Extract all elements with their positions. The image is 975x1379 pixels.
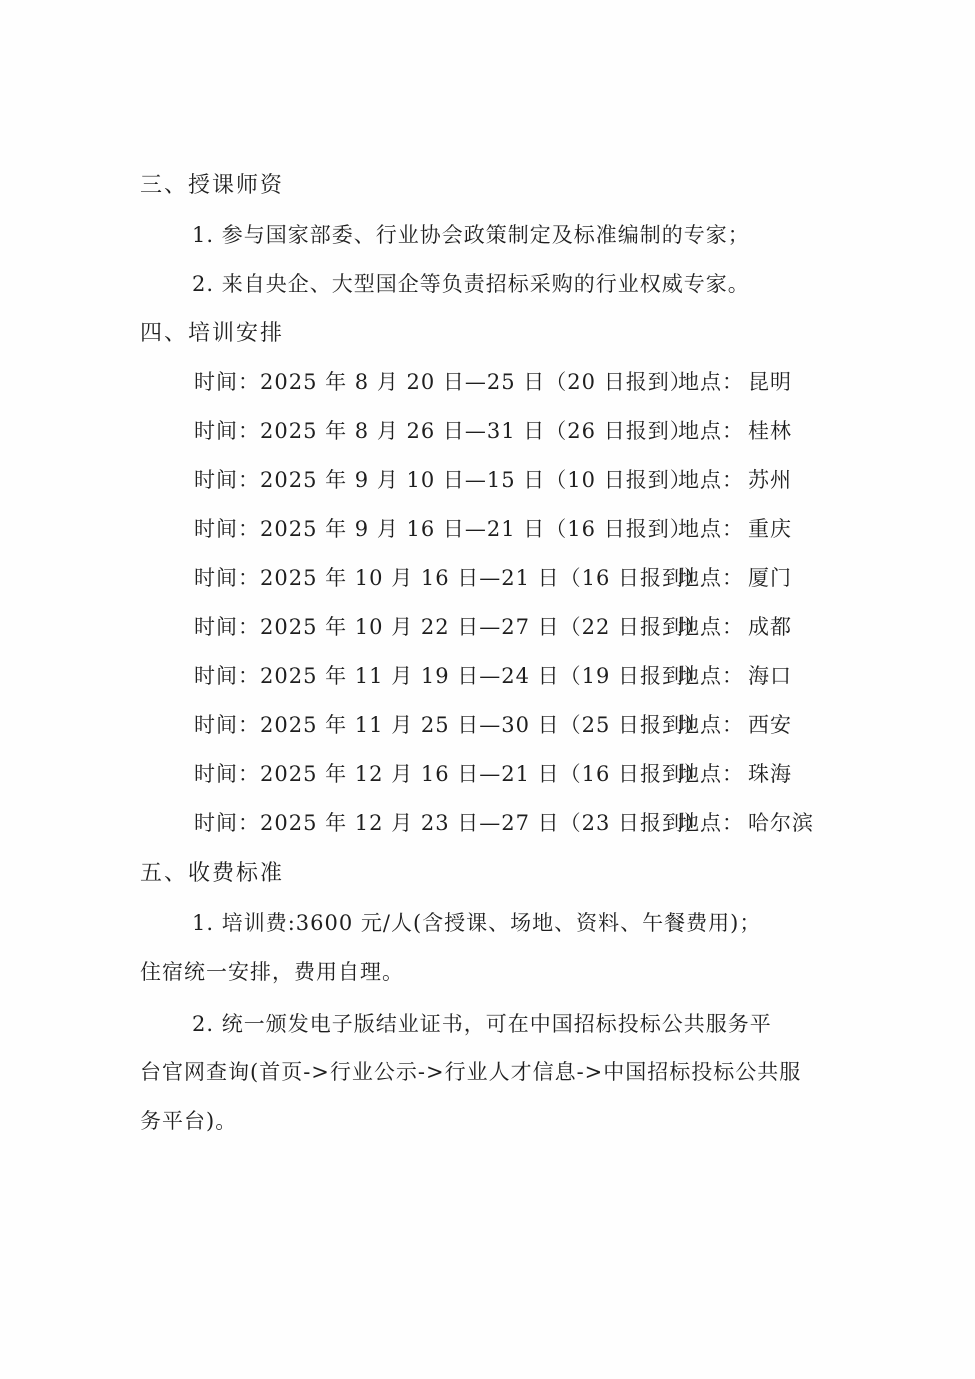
- place-label: 地点：: [678, 662, 748, 690]
- place-label: 地点：: [678, 809, 748, 837]
- schedule-place: 海口: [748, 662, 792, 690]
- schedule-date: 2025 年 10 月 16 日—21 日（16 日报到）: [260, 564, 678, 592]
- schedule-date: 2025 年 9 月 16 日—21 日（16 日报到）: [260, 515, 678, 543]
- schedule-row: 时间： 2025 年 9 月 10 日—15 日（10 日报到） 地点： 苏州: [194, 466, 792, 494]
- place-label: 地点：: [678, 368, 748, 396]
- teachers-item-2: 2. 来自央企、大型国企等负责招标采购的行业权威专家。: [192, 270, 750, 298]
- schedule-row: 时间： 2025 年 12 月 23 日—27 日（23 日报到） 地点： 哈尔…: [194, 809, 814, 837]
- schedule-place: 昆明: [748, 368, 792, 396]
- place-label: 地点：: [678, 711, 748, 739]
- section-heading-teachers: 三、授课师资: [140, 172, 284, 200]
- section-heading-schedule: 四、培训安排: [140, 320, 284, 348]
- time-label: 时间：: [194, 613, 260, 641]
- schedule-place: 成都: [748, 613, 792, 641]
- section-heading-fees: 五、收费标准: [140, 860, 284, 888]
- schedule-date: 2025 年 11 月 19 日—24 日（19 日报到）: [260, 662, 678, 690]
- schedule-place: 苏州: [748, 466, 792, 494]
- time-label: 时间：: [194, 662, 260, 690]
- schedule-date: 2025 年 11 月 25 日—30 日（25 日报到）: [260, 711, 678, 739]
- fees-item-1-line-2: 住宿统一安排，费用自理。: [140, 958, 404, 986]
- time-label: 时间：: [194, 417, 260, 445]
- schedule-place: 桂林: [748, 417, 792, 445]
- time-label: 时间：: [194, 809, 260, 837]
- place-label: 地点：: [678, 613, 748, 641]
- fees-item-1-line-1: 1. 培训费:3600 元/人(含授课、场地、资料、午餐费用)；: [192, 909, 761, 937]
- schedule-date: 2025 年 10 月 22 日—27 日（22 日报到）: [260, 613, 678, 641]
- fees-item-2-line-3: 务平台)。: [140, 1107, 237, 1135]
- schedule-date: 2025 年 12 月 23 日—27 日（23 日报到）: [260, 809, 678, 837]
- schedule-row: 时间： 2025 年 12 月 16 日—21 日（16 日报到） 地点： 珠海: [194, 760, 792, 788]
- schedule-row: 时间： 2025 年 9 月 16 日—21 日（16 日报到） 地点： 重庆: [194, 515, 792, 543]
- fees-item-2-line-1: 2. 统一颁发电子版结业证书，可在中国招标投标公共服务平: [192, 1010, 772, 1038]
- time-label: 时间：: [194, 760, 260, 788]
- fees-item-2-line-2: 台官网查询(首页->行业公示->行业人才信息->中国招标投标公共服: [140, 1058, 801, 1086]
- schedule-row: 时间： 2025 年 10 月 22 日—27 日（22 日报到） 地点： 成都: [194, 613, 792, 641]
- place-label: 地点：: [678, 564, 748, 592]
- schedule-row: 时间： 2025 年 11 月 25 日—30 日（25 日报到） 地点： 西安: [194, 711, 792, 739]
- schedule-row: 时间： 2025 年 8 月 26 日—31 日（26 日报到） 地点： 桂林: [194, 417, 792, 445]
- schedule-date: 2025 年 8 月 20 日—25 日（20 日报到）: [260, 368, 678, 396]
- schedule-row: 时间： 2025 年 8 月 20 日—25 日（20 日报到） 地点： 昆明: [194, 368, 792, 396]
- place-label: 地点：: [678, 760, 748, 788]
- schedule-place: 厦门: [748, 564, 792, 592]
- schedule-place: 重庆: [748, 515, 792, 543]
- time-label: 时间：: [194, 368, 260, 396]
- schedule-row: 时间： 2025 年 10 月 16 日—21 日（16 日报到） 地点： 厦门: [194, 564, 792, 592]
- teachers-item-1: 1. 参与国家部委、行业协会政策制定及标准编制的专家；: [192, 221, 750, 249]
- place-label: 地点：: [678, 466, 748, 494]
- time-label: 时间：: [194, 466, 260, 494]
- schedule-row: 时间： 2025 年 11 月 19 日—24 日（19 日报到） 地点： 海口: [194, 662, 792, 690]
- time-label: 时间：: [194, 515, 260, 543]
- place-label: 地点：: [678, 417, 748, 445]
- schedule-place: 哈尔滨: [748, 809, 814, 837]
- schedule-place: 珠海: [748, 760, 792, 788]
- place-label: 地点：: [678, 515, 748, 543]
- time-label: 时间：: [194, 711, 260, 739]
- schedule-date: 2025 年 8 月 26 日—31 日（26 日报到）: [260, 417, 678, 445]
- time-label: 时间：: [194, 564, 260, 592]
- schedule-date: 2025 年 9 月 10 日—15 日（10 日报到）: [260, 466, 678, 494]
- schedule-date: 2025 年 12 月 16 日—21 日（16 日报到）: [260, 760, 678, 788]
- document-page: 三、授课师资 1. 参与国家部委、行业协会政策制定及标准编制的专家； 2. 来自…: [0, 0, 975, 1379]
- schedule-place: 西安: [748, 711, 792, 739]
